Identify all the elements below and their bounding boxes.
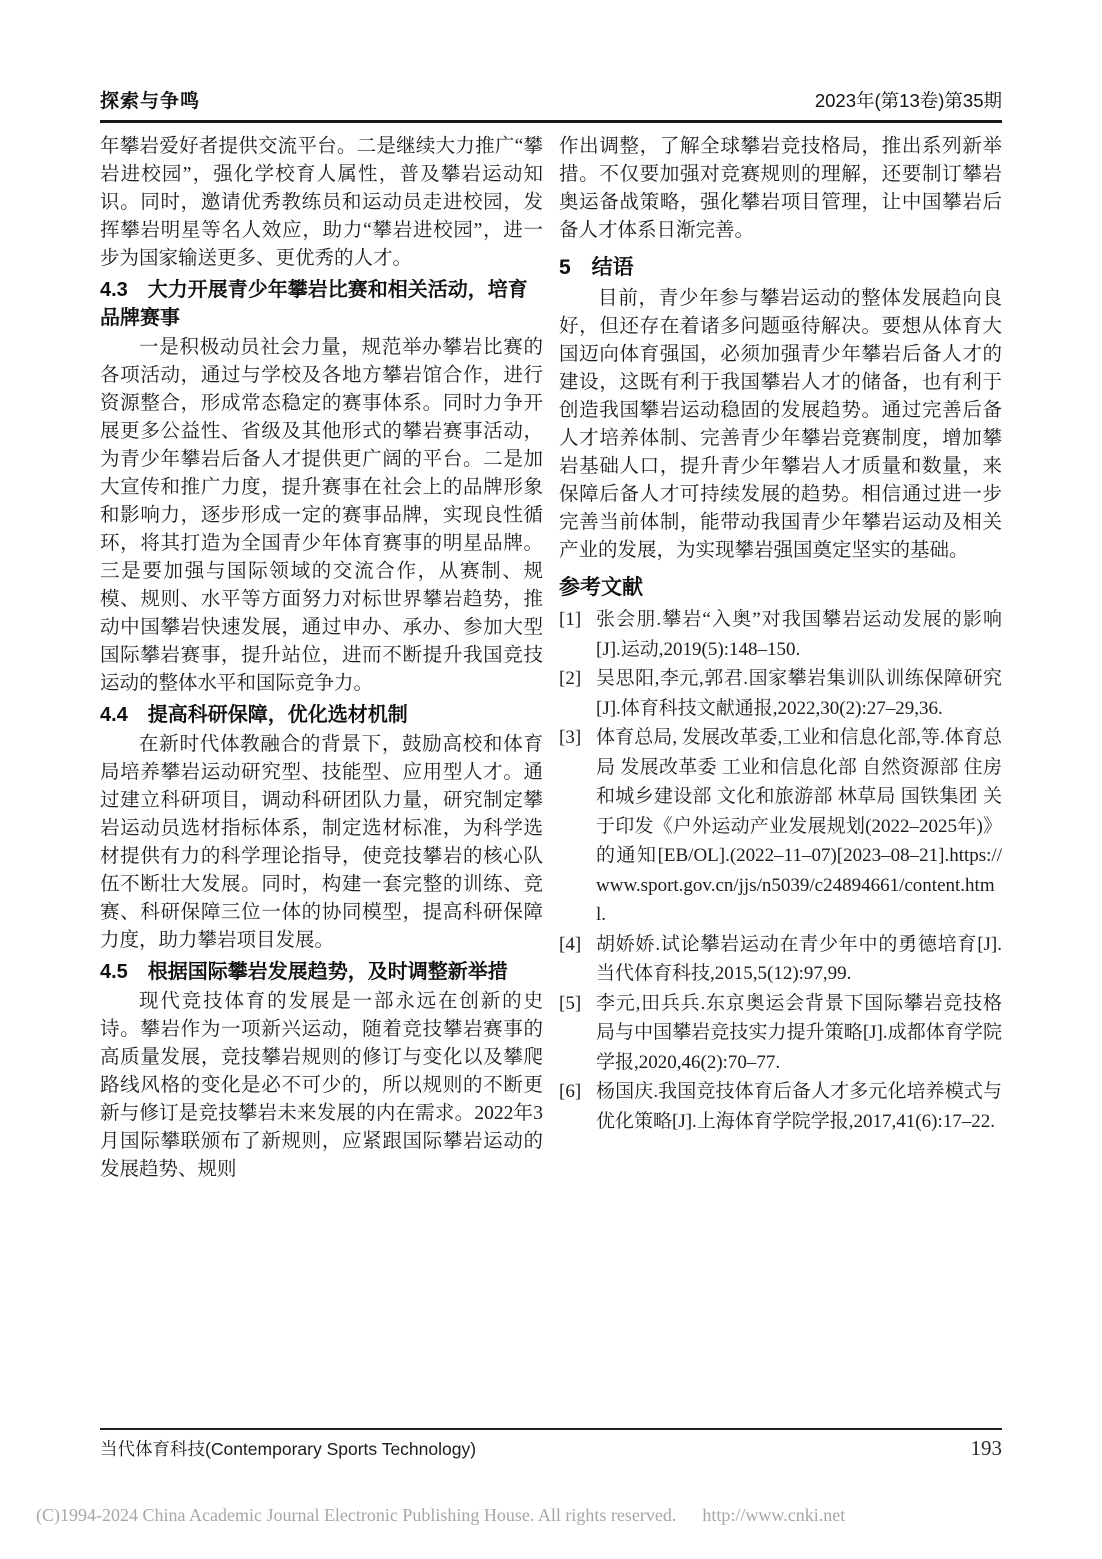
copyright-url: http://www.cnki.net (702, 1505, 845, 1525)
page-content: 探索与争鸣 2023年(第13卷)第35期 年攀岩爱好者提供交流平台。二是继续大… (100, 86, 1002, 1184)
section-heading-4-5: 4.5 根据国际攀岩发展趋势，及时调整新举措 (100, 958, 543, 986)
article-body: 年攀岩爱好者提供交流平台。二是继续大力推广“攀岩进校园”，强化学校育人属性，普及… (100, 133, 1002, 1184)
section-heading-conclusion: 5 结语 (559, 254, 1002, 282)
reference-label: [3] (559, 723, 596, 930)
reference-text: 胡娇娇.试论攀岩运动在青少年中的勇德培育[J].当代体育科技,2015,5(12… (596, 930, 1002, 989)
journal-page: 探索与争鸣 2023年(第13卷)第35期 年攀岩爱好者提供交流平台。二是继续大… (0, 0, 1102, 1559)
right-column: 作出调整，了解全球攀岩竞技格局，推出系列新举措。不仅要加强对竞赛规则的理解，还要… (559, 133, 1002, 1184)
copyright-strip: (C)1994-2024 China Academic Journal Elec… (36, 1505, 1066, 1526)
reference-label: [1] (559, 605, 596, 664)
references-heading: 参考文献 (559, 574, 1002, 602)
copyright-notice: (C)1994-2024 China Academic Journal Elec… (36, 1505, 676, 1525)
reference-item: [1] 张会朋.攀岩“入奥”对我国攀岩运动发展的影响[J].运动,2019(5)… (559, 605, 1002, 664)
reference-item: [3] 体育总局, 发展改革委,工业和信息化部,等.体育总局 发展改革委 工业和… (559, 723, 1002, 930)
section-body-4-3: 一是积极动员社会力量，规范举办攀岩比赛的各项活动，通过与学校及各地方攀岩馆合作，… (100, 334, 543, 698)
reference-item: [6] 杨国庆.我国竞技体育后备人才多元化培养模式与优化策略[J].上海体育学院… (559, 1077, 1002, 1136)
reference-text: 张会朋.攀岩“入奥”对我国攀岩运动发展的影响[J].运动,2019(5):148… (596, 605, 1002, 664)
section-body-4-4: 在新时代体教融合的背景下，鼓励高校和体育局培养攀岩运动研究型、技能型、应用型人才… (100, 731, 543, 955)
header-rule (100, 120, 1002, 123)
reference-item: [2] 吴思阳,李元,郭君.国家攀岩集训队训练保障研究[J].体育科技文献通报,… (559, 664, 1002, 723)
reference-text: 吴思阳,李元,郭君.国家攀岩集训队训练保障研究[J].体育科技文献通报,2022… (596, 664, 1002, 723)
footer-journal-title: 当代体育科技(Contemporary Sports Technology) (100, 1436, 476, 1461)
footer-row: 当代体育科技(Contemporary Sports Technology) 1… (100, 1436, 1002, 1461)
reference-label: [4] (559, 930, 596, 989)
section-heading-4-3: 4.3 大力开展青少年攀岩比赛和相关活动，培育品牌赛事 (100, 276, 543, 332)
reference-label: [6] (559, 1077, 596, 1136)
reference-text: 李元,田兵兵.东京奥运会背景下国际攀岩竞技格局与中国攀岩竞技实力提升策略[J].… (596, 989, 1002, 1078)
page-footer: 当代体育科技(Contemporary Sports Technology) 1… (100, 1428, 1002, 1461)
section-body-4-5: 现代竞技体育的发展是一部永远在创新的史诗。攀岩作为一项新兴运动，随着竞技攀岩赛事… (100, 988, 543, 1184)
reference-list: [1] 张会朋.攀岩“入奥”对我国攀岩运动发展的影响[J].运动,2019(5)… (559, 605, 1002, 1136)
left-column: 年攀岩爱好者提供交流平台。二是继续大力推广“攀岩进校园”，强化学校育人属性，普及… (100, 133, 543, 1184)
reference-item: [4] 胡娇娇.试论攀岩运动在青少年中的勇德培育[J].当代体育科技,2015,… (559, 930, 1002, 989)
conclusion-body: 目前，青少年参与攀岩运动的整体发展趋向良好，但还存在着诸多问题亟待解决。要想从体… (559, 285, 1002, 565)
reference-item: [5] 李元,田兵兵.东京奥运会背景下国际攀岩竞技格局与中国攀岩竞技实力提升策略… (559, 989, 1002, 1078)
page-header: 探索与争鸣 2023年(第13卷)第35期 (100, 86, 1002, 113)
reference-label: [5] (559, 989, 596, 1078)
reference-text: 杨国庆.我国竞技体育后备人才多元化培养模式与优化策略[J].上海体育学院学报,2… (596, 1077, 1002, 1136)
page-number: 193 (971, 1436, 1003, 1461)
reference-text: 体育总局, 发展改革委,工业和信息化部,等.体育总局 发展改革委 工业和信息化部… (596, 723, 1002, 930)
paragraph-continuation: 作出调整，了解全球攀岩竞技格局，推出系列新举措。不仅要加强对竞赛规则的理解，还要… (559, 133, 1002, 245)
header-issue-info: 2023年(第13卷)第35期 (815, 87, 1002, 113)
reference-label: [2] (559, 664, 596, 723)
section-heading-4-4: 4.4 提高科研保障，优化选材机制 (100, 701, 543, 729)
paragraph-continuation: 年攀岩爱好者提供交流平台。二是继续大力推广“攀岩进校园”，强化学校育人属性，普及… (100, 133, 543, 273)
header-section-name: 探索与争鸣 (100, 86, 200, 113)
footer-rule (100, 1428, 1002, 1430)
